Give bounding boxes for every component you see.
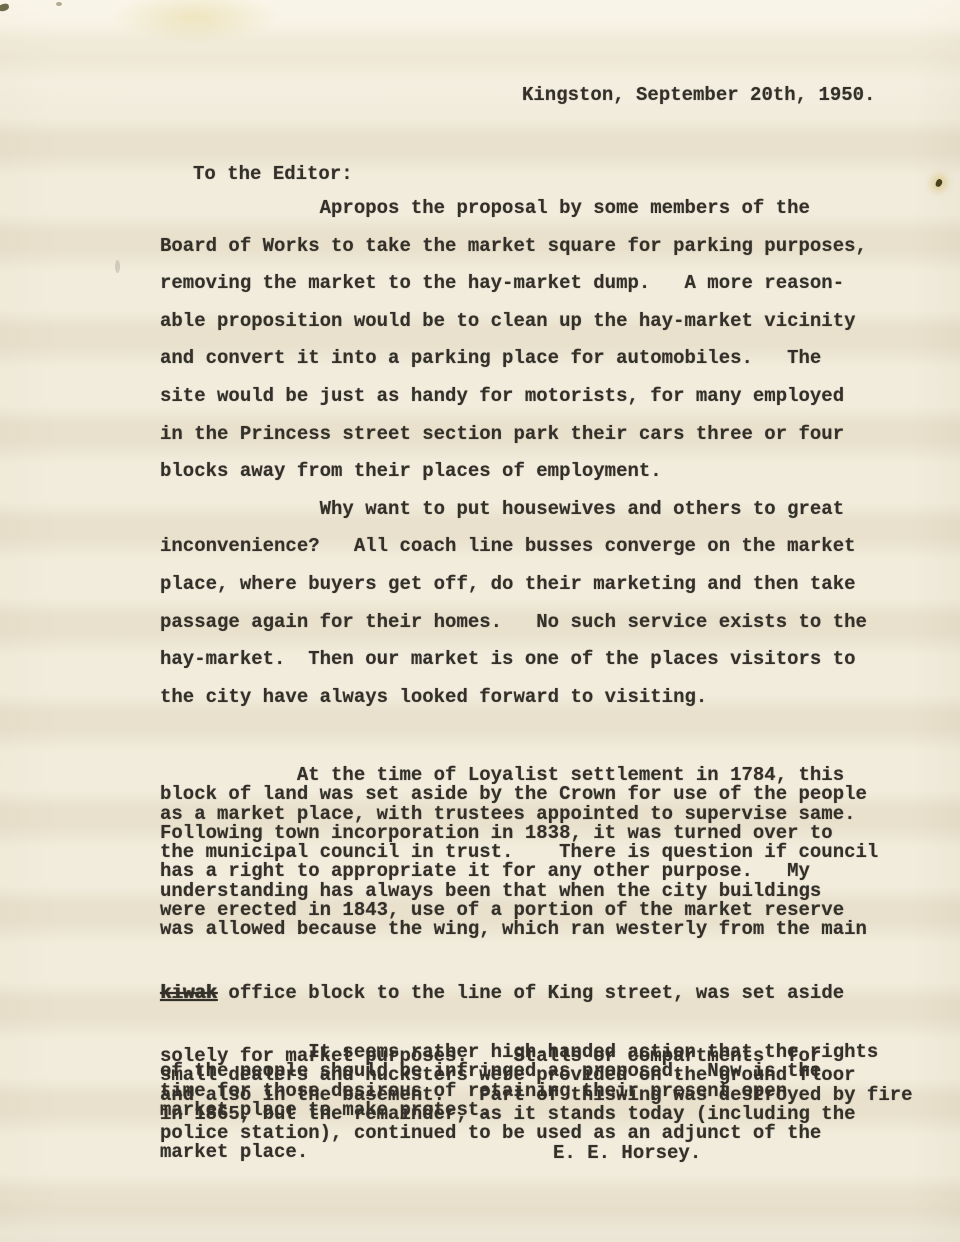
signature: E. E. Horsey. bbox=[553, 1142, 701, 1164]
typed-line: able proposition would be to clean up th… bbox=[160, 303, 867, 341]
typed-line: time for those desirous of retaining the… bbox=[160, 1082, 878, 1101]
salutation: To the Editor: bbox=[193, 163, 353, 185]
history-lines-top: At the time of Loyalist settlement in 17… bbox=[160, 766, 913, 940]
typed-line: Board of Works to take the market square… bbox=[160, 228, 867, 266]
line-remainder: office block to the line of King street,… bbox=[217, 982, 844, 1004]
typed-line: hay-market. Then our market is one of th… bbox=[160, 641, 867, 679]
typed-line: was allowed because the wing, which ran … bbox=[160, 920, 913, 939]
typed-line: inconvenience? All coach line busses con… bbox=[160, 528, 867, 566]
typed-line: blocks away from their places of employm… bbox=[160, 453, 867, 491]
paper-speck bbox=[56, 2, 62, 6]
letter-page: Kingston, September 20th, 1950. To the E… bbox=[0, 0, 960, 1242]
paper-speck bbox=[935, 178, 943, 188]
typed-line: passage again for their homes. No such s… bbox=[160, 604, 867, 642]
typed-line: Why want to put housewives and others to… bbox=[160, 491, 867, 529]
typed-line: place, where buyers get off, do their ma… bbox=[160, 566, 867, 604]
paragraphs-opening: Apropos the proposal by some members of … bbox=[160, 190, 867, 716]
typed-line: market place. bbox=[160, 1143, 913, 1162]
typed-line: market place to make protest. bbox=[160, 1101, 878, 1120]
typed-line: block of land was set aside by the Crown… bbox=[160, 785, 913, 804]
typed-line: site would be just as handy for motorist… bbox=[160, 378, 867, 416]
paper-stain bbox=[110, 0, 280, 45]
typed-line: of the people should be infringed as pro… bbox=[160, 1062, 878, 1081]
paragraph-history: At the time of Loyalist settlement in 17… bbox=[160, 722, 913, 1207]
typed-line: the city have always looked forward to v… bbox=[160, 679, 867, 717]
dateline: Kingston, September 20th, 1950. bbox=[522, 84, 875, 106]
paper-speck bbox=[115, 260, 120, 273]
typed-line: removing the market to the hay-market du… bbox=[160, 265, 867, 303]
typed-line-with-strikeout: kiwak office block to the line of King s… bbox=[160, 984, 913, 1003]
struck-out-word: kiwak bbox=[160, 982, 217, 1004]
typed-line: has a right to appropriate it for any ot… bbox=[160, 862, 913, 881]
paper-speck bbox=[0, 3, 10, 12]
typed-line: as a market place, with trustees appoint… bbox=[160, 805, 913, 824]
typed-line: in the Princess street section park thei… bbox=[160, 416, 867, 454]
paragraph-closing: It seems rather high-handed action that … bbox=[160, 1043, 878, 1120]
typed-line: Apropos the proposal by some members of … bbox=[160, 190, 867, 228]
typed-line: and convert it into a parking place for … bbox=[160, 340, 867, 378]
